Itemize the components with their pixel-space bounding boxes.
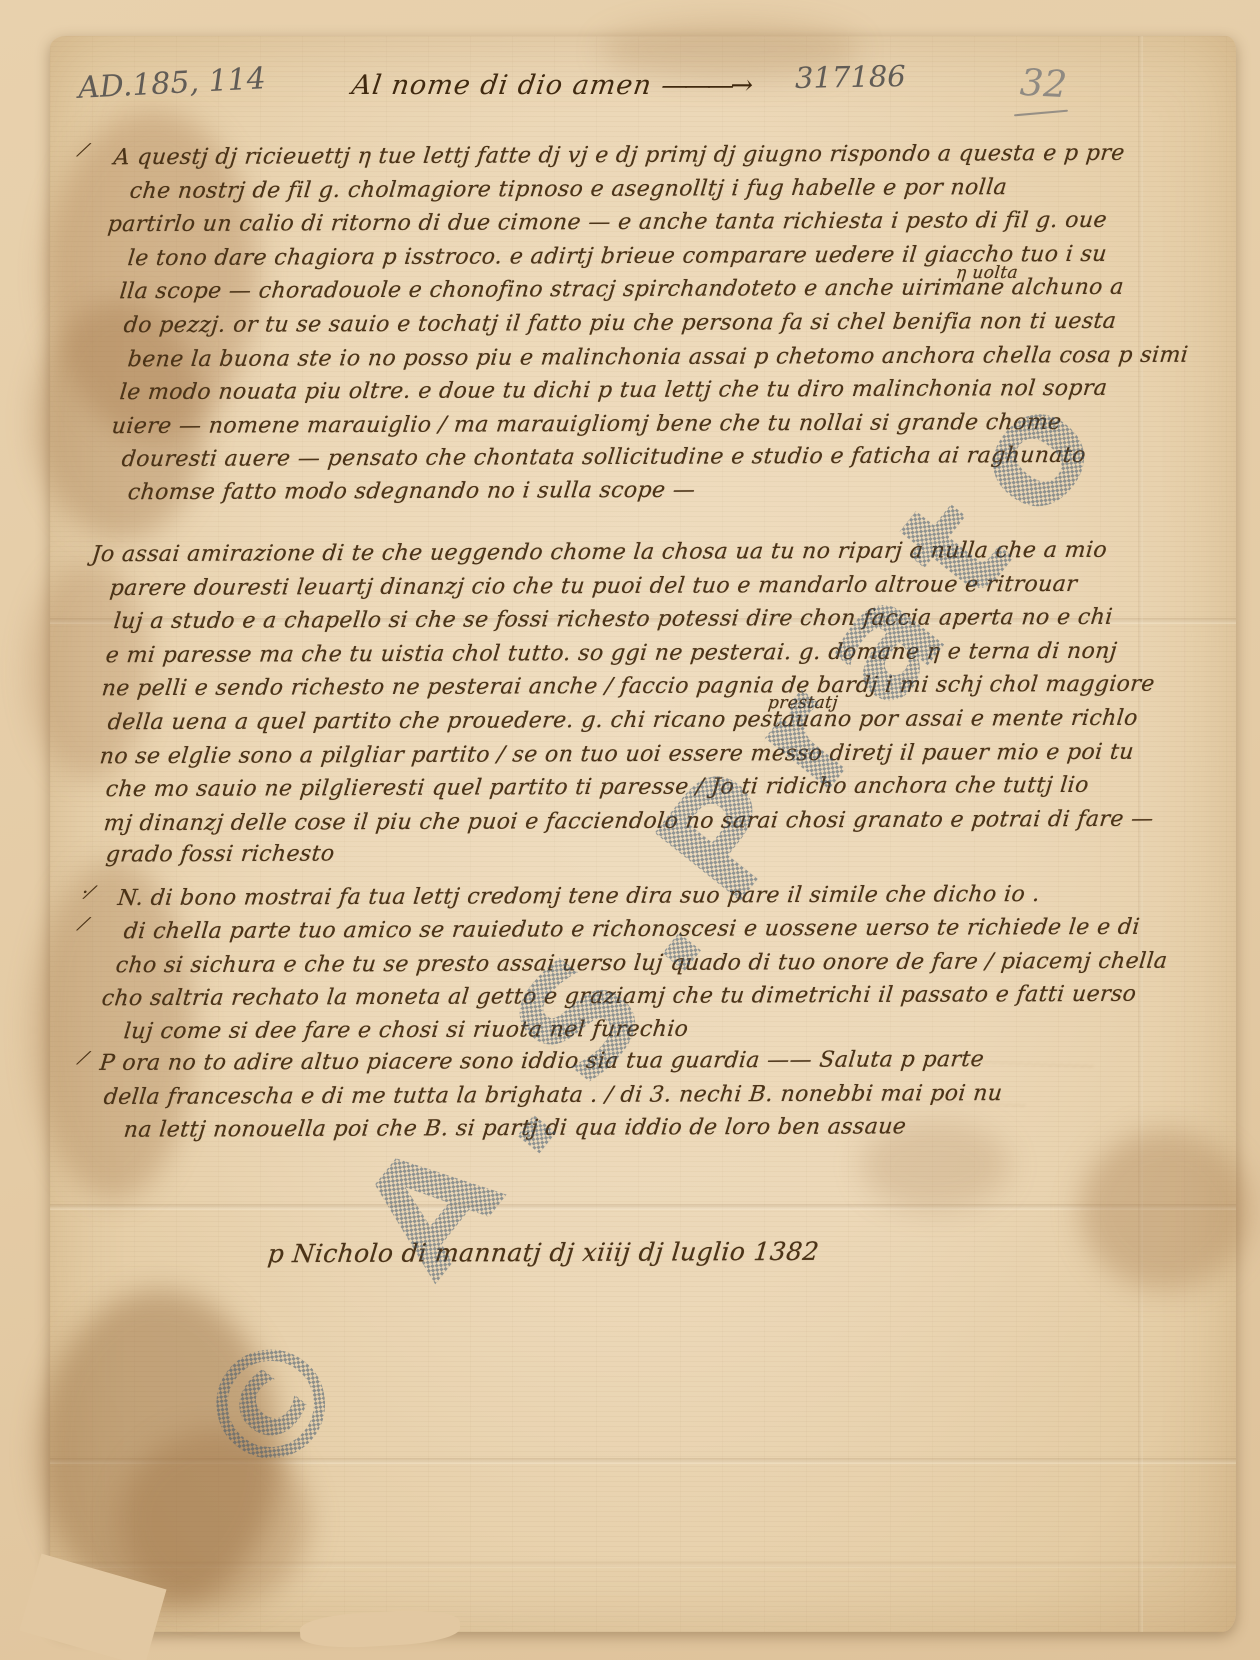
manuscript-line: uiere — nomene marauiglio / ma marauigli… (111, 410, 1063, 439)
manuscript-line: di chella parte tuo amico se rauieduto e… (123, 915, 1142, 944)
paragraph-margin-mark: ⁄ (80, 1046, 87, 1070)
manuscript-line: della francescha e di me tutta la brigha… (103, 1081, 1004, 1110)
manuscript-line: ne pelli e sendo richesto ne pesterai an… (101, 672, 1156, 702)
manuscript-line: mj dinanzj delle cose il piu che puoi e … (103, 807, 1155, 837)
manuscript-lines: A questj dj ricieuettj η tue lettj fatte… (0, 0, 1260, 1660)
verso-bleedthrough: ﹏﹏﹏﹏ (929, 1073, 1026, 1111)
manuscript-line: do pezzj. or tu se sauio e tochatj il fa… (123, 309, 1118, 338)
manuscript-line: luj come si dee fare e chosi si riuota n… (123, 1017, 690, 1044)
manuscript-line: e mi paresse ma che tu uistia chol tutto… (105, 639, 1119, 668)
verso-bleedthrough: ﹏﹏﹏﹏﹏﹏ (949, 1032, 1094, 1072)
paragraph-margin-mark: ⁄ (80, 138, 87, 162)
manuscript-line: N. di bono mostrai fa tua lettj credomj … (117, 882, 1042, 911)
manuscript-line: cho si sichura e che tu se presto assai … (115, 948, 1169, 978)
manuscript-line: Jo assai amirazione di te che ueggendo c… (91, 538, 1109, 567)
manuscript-line: prestatj (767, 693, 839, 713)
manuscript-line: le modo nouata piu oltre. e doue tu dich… (119, 376, 1109, 405)
manuscript-line: douresti auere — pensato che chontata so… (121, 443, 1088, 472)
manuscript-line: della uena a quel partito che prouedere.… (107, 706, 1140, 735)
manuscript-line: na lettj nonouella poi che B. si partj d… (123, 1114, 908, 1142)
manuscript-line: che nostrj de fil g. cholmagiore tipnoso… (129, 175, 1009, 204)
signature-line: p Nicholo di mannatj dj xiiij dj luglio … (266, 1237, 820, 1268)
manuscript-line: no se elglie sono a pilgliar partito / s… (99, 739, 1136, 769)
manuscript-line: che mo sauio ne pilglieresti quel partit… (105, 773, 1091, 802)
manuscript-line: chomse fatto modo sdegnando no i sulla s… (127, 478, 697, 505)
manuscript-line: bene la buona ste io no posso piu e mali… (127, 342, 1190, 372)
paragraph-margin-mark: ·⁄ (80, 879, 93, 904)
manuscript-scan: AD.185, 114 317186 32 Al nome di dio ame… (0, 0, 1260, 1660)
manuscript-line: grado fossi richesto (105, 842, 336, 868)
manuscript-line: parere douresti leuartj dinanzj cio che … (109, 571, 1079, 600)
manuscript-line: cho saltria rechato la moneta al getto e… (101, 982, 1138, 1012)
manuscript-line: A questj dj ricieuettj η tue lettj fatte… (113, 141, 1127, 170)
manuscript-line: η uolta (955, 263, 1019, 283)
manuscript-line: partirlo un calio di ritorno di due cimo… (107, 208, 1109, 237)
paragraph-margin-mark: ⁄ (80, 912, 87, 936)
manuscript-line: P ora no to adire altuo piacere sono idd… (99, 1047, 986, 1076)
manuscript-line: luj a studo e a chapello si che se fossi… (113, 605, 1114, 634)
